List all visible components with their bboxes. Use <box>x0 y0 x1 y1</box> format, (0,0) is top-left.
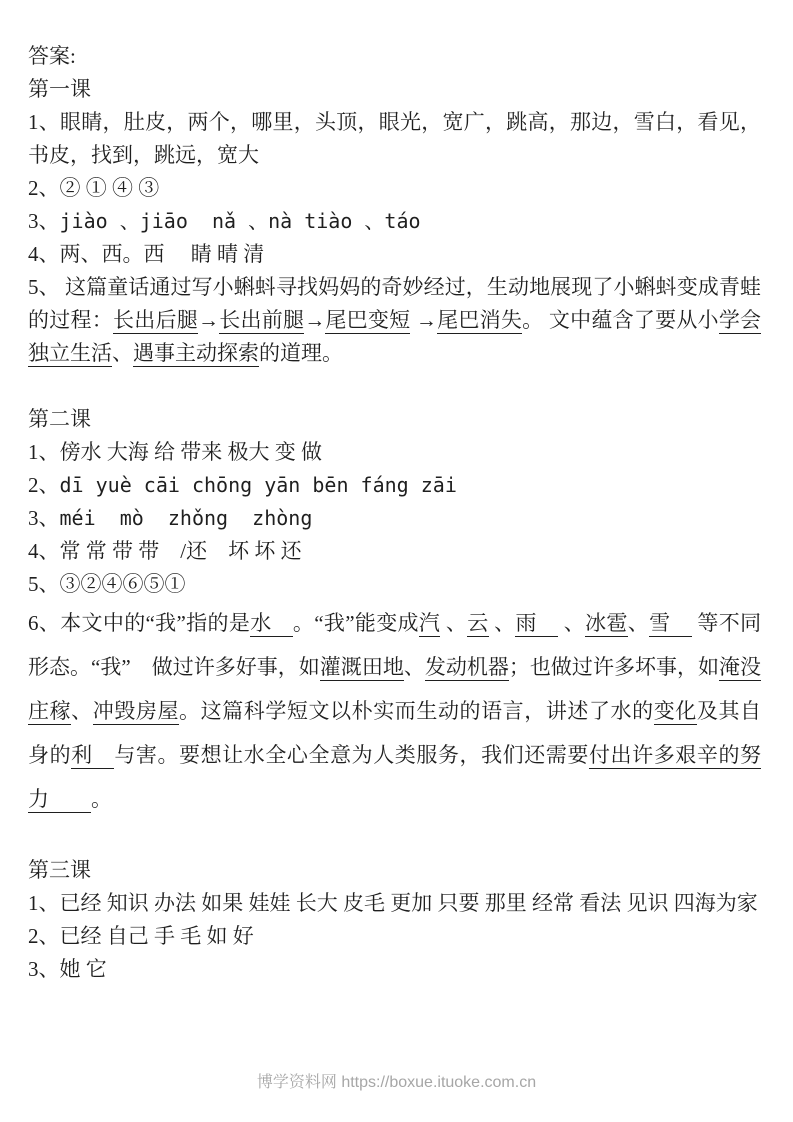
text-segment: 。 <box>91 787 112 811</box>
text-segment: 4、两、西。西 睛 晴 清 <box>28 242 264 266</box>
text-segment: dī yuè cāi chōng yān bēn fáng zāi <box>60 473 457 497</box>
section-3: 第三课1、已经 知识 办法 如果 娃娃 长大 皮毛 更加 只要 那里 经常 看法… <box>28 854 761 986</box>
section-heading: 第一课 <box>28 73 761 106</box>
text-segment: → <box>198 308 219 332</box>
underlined-answer: 雨 <box>515 611 558 637</box>
text-segment: 的道理。 <box>259 341 343 365</box>
text-segment: 2、已经 自己 手 毛 如 好 <box>28 924 254 948</box>
section-heading: 第二课 <box>28 403 761 436</box>
underlined-answer: 变化 <box>654 699 697 725</box>
text-segment: 、 <box>558 611 585 635</box>
underlined-answer: 汽 <box>419 611 440 637</box>
footer-text: 博学资料网 https://boxue.ituoke.com.cn <box>257 1074 536 1091</box>
text-segment: 3、 <box>28 506 60 530</box>
underlined-answer: 灌溉田地 <box>320 655 404 681</box>
footer: 博学资料网 https://boxue.ituoke.com.cn <box>0 1069 793 1092</box>
underlined-answer: 雪 <box>649 611 692 637</box>
text-segment: 、 <box>628 611 649 635</box>
text-segment: 1、眼睛，肚皮，两个，哪里，头顶，眼光，宽广，跳高，那边，雪白，看见，书皮，找到… <box>28 110 761 167</box>
answer-line: 4、两、西。西 睛 晴 清 <box>28 238 761 271</box>
underlined-answer: 长出后腿 <box>113 308 198 334</box>
underlined-answer: 长出前腿 <box>219 308 304 334</box>
text-segment: 。这篇科学短文以朴实而生动的语言，讲述了水的 <box>179 699 654 723</box>
underlined-answer: 尾巴变短 <box>325 308 410 334</box>
text-segment: ；也做过许多坏事，如 <box>509 655 719 679</box>
underlined-answer: 尾巴消失 <box>437 308 522 334</box>
text-segment: 3、她 它 <box>28 957 107 981</box>
text-segment: 、 <box>112 341 133 365</box>
section-2: 第二课1、傍水 大海 给 带来 极大 变 做2、dī yuè cāi chōng… <box>28 403 761 821</box>
answer-line: 6、本文中的“我”指的是水 。“我”能变成汽 、云 、雨 、冰雹、雪 等不同形态… <box>28 601 761 821</box>
underlined-answer: 云 <box>467 611 488 637</box>
text-segment: 、 <box>71 699 93 723</box>
underlined-answer: 冰雹 <box>585 611 628 637</box>
answer-line: 3、jiào 、jiāo nǎ 、nà tiào 、táo <box>28 205 761 238</box>
sections-container: 第一课1、眼睛，肚皮，两个，哪里，头顶，眼光，宽广，跳高，那边，雪白，看见，书皮… <box>28 73 761 986</box>
section-1: 第一课1、眼睛，肚皮，两个，哪里，头顶，眼光，宽广，跳高，那边，雪白，看见，书皮… <box>28 73 761 370</box>
underlined-answer: 冲毁房屋 <box>93 699 179 725</box>
page-title: 答案: <box>28 40 761 73</box>
text-segment: 1、已经 知识 办法 如果 娃娃 长大 皮毛 更加 只要 那里 经常 看法 见识… <box>28 891 758 915</box>
text-segment: → <box>410 308 437 332</box>
text-segment: 2、② ① ④ ③ <box>28 176 159 200</box>
answer-line: 3、méi mò zhǒng zhòng <box>28 502 761 535</box>
answer-line: 5、 这篇童话通过写小蝌蚪寻找妈妈的奇妙经过，生动地展现了小蝌蚪变成青蛙的过程：… <box>28 271 761 370</box>
answer-line: 1、傍水 大海 给 带来 极大 变 做 <box>28 436 761 469</box>
text-segment: 、 <box>440 611 467 635</box>
document-page: 答案: 第一课1、眼睛，肚皮，两个，哪里，头顶，眼光，宽广，跳高，那边，雪白，看… <box>0 0 793 1122</box>
text-segment: 、 <box>489 611 516 635</box>
answer-line: 5、③②④⑥⑤① <box>28 568 761 601</box>
text-segment: 1、傍水 大海 给 带来 极大 变 做 <box>28 440 322 464</box>
text-segment: 5、③②④⑥⑤① <box>28 572 186 596</box>
answer-line: 1、已经 知识 办法 如果 娃娃 长大 皮毛 更加 只要 那里 经常 看法 见识… <box>28 887 761 920</box>
underlined-answer: 水 <box>250 611 293 637</box>
text-segment: jiào 、jiāo nǎ 、nà tiào 、táo <box>60 209 421 233</box>
text-segment: 6、本文中的“我”指的是 <box>28 611 250 635</box>
text-segment: 、 <box>404 655 425 679</box>
answer-line: 3、她 它 <box>28 953 761 986</box>
answer-line: 2、② ① ④ ③ <box>28 172 761 205</box>
text-segment: 4、常 常 带 带 /还 坏 坏 还 <box>28 539 302 563</box>
text-segment: méi mò zhǒng zhòng <box>60 506 313 530</box>
underlined-answer: 遇事主动探索 <box>133 341 259 367</box>
text-segment: 与害。要想让水全心全意为人类服务，我们还需要 <box>114 743 589 767</box>
answer-line: 1、眼睛，肚皮，两个，哪里，头顶，眼光，宽广，跳高，那边，雪白，看见，书皮，找到… <box>28 106 761 172</box>
text-segment: 。“我”能变成 <box>293 611 419 635</box>
text-segment: 3、 <box>28 209 60 233</box>
answer-line: 4、常 常 带 带 /还 坏 坏 还 <box>28 535 761 568</box>
answer-line: 2、已经 自己 手 毛 如 好 <box>28 920 761 953</box>
text-segment: 。 文中蕴含了要从小 <box>522 308 719 332</box>
text-segment: → <box>304 308 325 332</box>
underlined-answer: 利 <box>71 743 114 769</box>
answer-line: 2、dī yuè cāi chōng yān bēn fáng zāi <box>28 469 761 502</box>
underlined-answer: 发动机器 <box>425 655 509 681</box>
section-heading: 第三课 <box>28 854 761 887</box>
text-segment: 2、 <box>28 473 60 497</box>
